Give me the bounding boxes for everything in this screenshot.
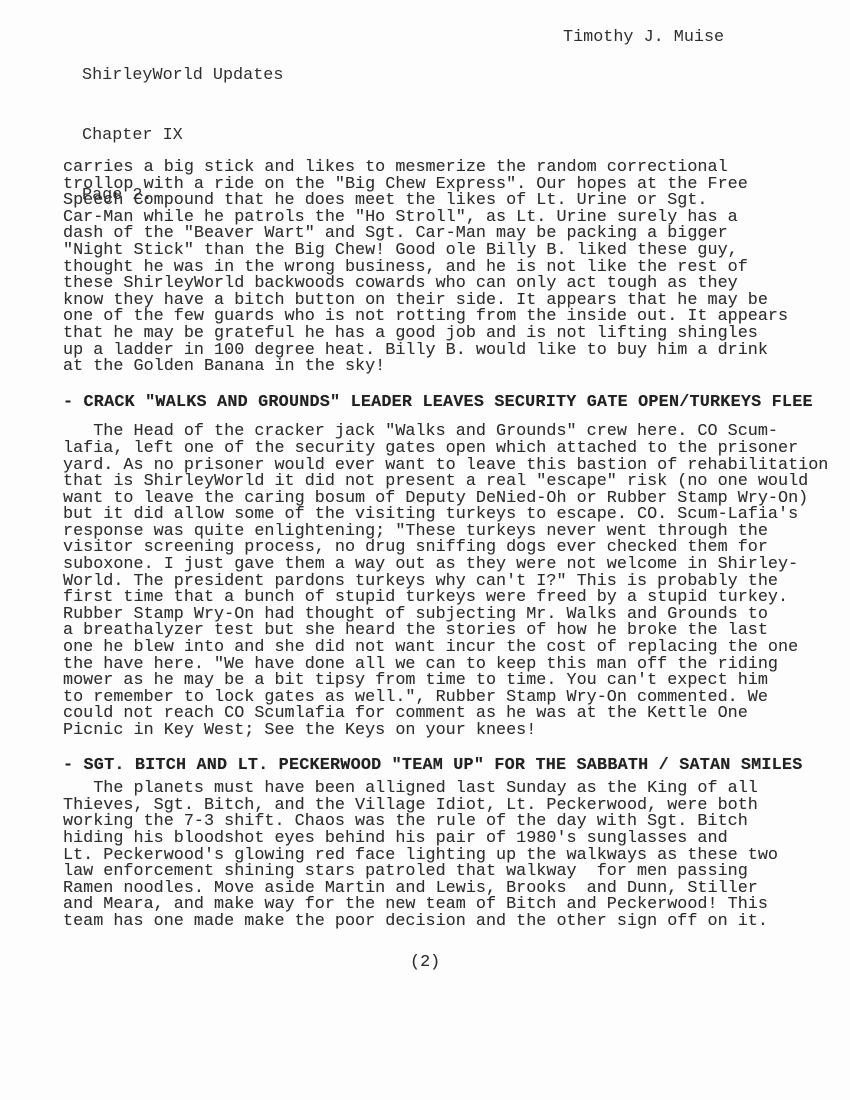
paragraph: The Head of the cracker jack "Walks and … bbox=[63, 424, 838, 739]
author-byline: Timothy J. Muise bbox=[563, 28, 724, 47]
document-title: ShirleyWorld Updates bbox=[82, 66, 283, 86]
paragraph: carries a big stick and likes to mesmeri… bbox=[63, 160, 838, 376]
typewritten-document-page: ShirleyWorld Updates Chapter IX Page 2. … bbox=[0, 0, 850, 1100]
document-body: carries a big stick and likes to mesmeri… bbox=[63, 160, 838, 931]
paragraph: The planets must have been alligned last… bbox=[63, 781, 838, 930]
section-heading: - SGT. BITCH AND LT. PECKERWOOD "TEAM UP… bbox=[63, 758, 838, 775]
chapter-label: Chapter IX bbox=[82, 126, 283, 146]
section-heading: - CRACK "WALKS AND GROUNDS" LEADER LEAVE… bbox=[63, 395, 838, 412]
page-number-footer: (2) bbox=[410, 953, 440, 972]
